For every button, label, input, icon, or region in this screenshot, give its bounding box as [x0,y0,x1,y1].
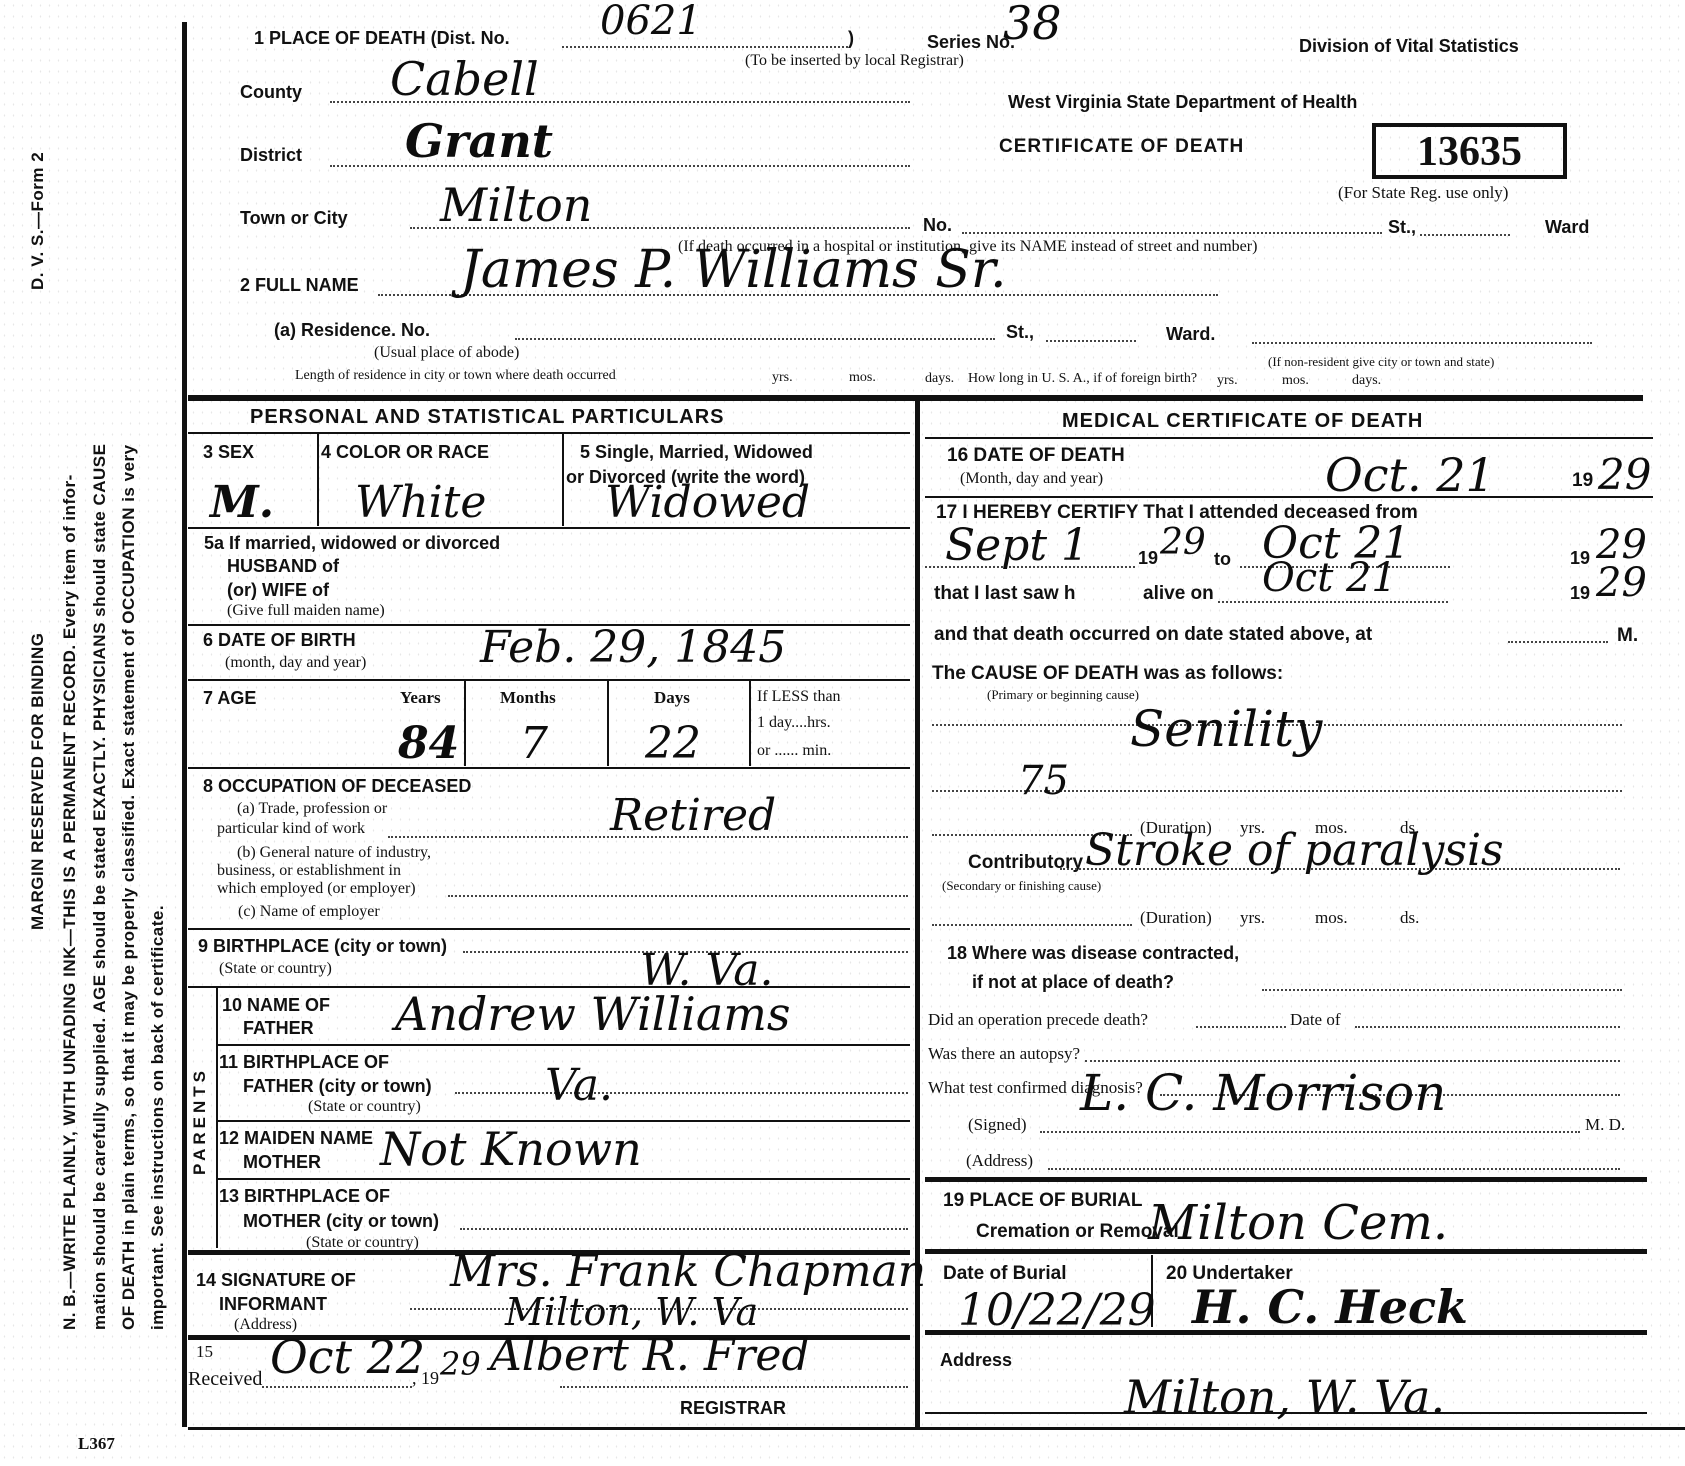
vline [749,681,751,766]
dist-no: 0621 [600,0,702,44]
informant-sublabel: INFORMANT [219,1294,327,1315]
less-min-label: or ...... min. [757,742,831,760]
rule [925,1330,1647,1335]
maiden-note: (Give full maiden name) [227,602,385,620]
husband-label: HUSBAND of [227,556,339,577]
certificate-title: CERTIFICATE OF DEATH [999,136,1244,158]
attended-from: Sept 1 [945,520,1089,571]
rule [925,1177,1647,1182]
duration2-label: (Duration) [1140,908,1212,928]
cert-note: (For State Reg. use only) [1338,183,1508,203]
marital-value: Widowed [605,477,810,528]
street-st-label: St., [1388,217,1416,238]
last-saw-label: that I last saw h [934,583,1075,605]
bottom-border [188,1427,1685,1430]
burial-date: 10/22/29 [958,1285,1156,1336]
father-sublabel: FATHER [243,1018,314,1039]
personal-title: PERSONAL AND STATISTICAL PARTICULARS [250,406,725,429]
dist-close: ) [848,28,854,49]
father-value: Andrew Williams [395,987,790,1041]
operation-date-label: Date of [1290,1010,1341,1030]
dod-sublabel: (Month, day and year) [960,470,1103,488]
undertaker-address: Milton, W. Va. [1124,1370,1445,1424]
rule [188,928,910,930]
physician-address-label: (Address) [966,1151,1033,1171]
received-label: Received [188,1368,262,1391]
burial-label: 19 PLACE OF BURIAL [943,1190,1143,1212]
alive-on-label: alive on [1143,583,1214,605]
last-saw-year-prefix: 19 [1570,583,1590,604]
birthplace-sublabel: (State or country) [219,960,332,978]
vline [562,434,564,526]
dob-sublabel: (month, day and year) [225,654,366,672]
received-date: Oct 22 [270,1330,425,1384]
residence-ward-label: Ward. [1166,324,1215,345]
vline [464,681,466,766]
cert-number: 13635 [1376,127,1563,177]
registrar-label: REGISTRAR [680,1398,786,1419]
cause-label: The CAUSE OF DEATH was as follows: [932,663,1283,685]
occ-a-sublabel: particular kind of work [217,820,365,838]
residence-label: (a) Residence. No. [274,320,430,341]
dots-line [448,895,908,897]
vline [607,681,609,766]
binding-note: MARGIN RESERVED FOR BINDING [28,633,48,931]
district-value: Grant [405,114,553,168]
wife-label: (or) WIFE of [227,580,329,601]
street-no-label: No. [923,215,952,236]
rule [925,496,1653,498]
instruction-line-1: N. B.—WRITE PLAINLY, WITH UNFADING INK—T… [60,474,80,1330]
operation-label: Did an operation precede death? [928,1010,1148,1030]
length-residence-label: Length of residence in city or town wher… [295,368,616,384]
occ-b-line3: which employed (or employer) [217,880,416,898]
md-label: M. D. [1585,1115,1625,1135]
dist-note: (To be inserted by local Registrar) [745,52,964,70]
residence-line [515,338,995,340]
mother-sublabel: MOTHER [243,1152,321,1173]
dots-line [455,1092,908,1094]
nonresident-note: (If non-resident give city or town and s… [1268,354,1494,370]
race-label: 4 COLOR OR RACE [321,442,489,463]
father-state-sublabel: (State or country) [308,1098,421,1116]
series-label: Series No. [927,32,1015,53]
disease-contracted-sublabel: if not at place of death? [972,972,1174,993]
mother-label: 12 MAIDEN NAME [219,1128,373,1149]
dots-line [1508,641,1608,643]
rule [925,1412,1647,1414]
place-of-death-label: 1 PLACE OF DEATH (Dist. No. [254,28,510,49]
undertaker-address-label: Address [940,1350,1012,1371]
occ-a-label: (a) Trade, profession or [237,800,387,818]
abode-note: (Usual place of abode) [374,344,519,362]
father-birthplace-value: Va. [545,1060,613,1111]
age-days: 22 [645,718,701,769]
employer-label: (c) Name of employer [238,903,380,921]
occ-b-line2: business, or establishment in [217,862,401,880]
full-name-label: 2 FULL NAME [240,275,359,296]
rule [188,432,910,434]
length-yrs: yrs. [772,370,793,386]
birthplace-label: 9 BIRTHPLACE (city or town) [198,936,447,957]
street-line [962,232,1382,234]
contributory-label: Contributory [968,852,1083,874]
dob-label: 6 DATE OF BIRTH [203,630,356,651]
instruction-line-3: OF DEATH in plain terms, so that it may … [119,444,139,1330]
instruction-line-4: important. See instructions on back of c… [148,905,168,1330]
town-label: Town or City [240,208,348,229]
am-pm-label: M. [1617,625,1638,647]
rule [925,437,1653,439]
death-time-line: and that death occurred on date stated a… [934,624,1372,646]
duration2-yrs: yrs. [1240,908,1265,928]
autopsy-label: Was there an autopsy? [928,1044,1080,1064]
rule [218,1178,910,1180]
rule [188,679,910,681]
spouse-label: 5a If married, widowed or divorced [204,533,500,554]
received-year-prefix: , 19 [412,1368,439,1389]
occupation-label: 8 OCCUPATION OF DECEASED [203,776,471,797]
received-number: 15 [196,1342,213,1362]
father-birthplace-sublabel: FATHER (city or town) [243,1076,432,1097]
dots-line [460,1228,908,1230]
last-saw-year: 29 [1596,560,1647,606]
instruction-line-2: mation should be carefully supplied. AGE… [90,444,110,1331]
burial-place: Milton Cem. [1148,1195,1448,1251]
length-days: days. [925,371,954,387]
less-hrs-label: 1 day....hrs. [757,714,831,732]
usa-days: days. [1352,373,1381,389]
dod-label: 16 DATE OF DEATH [947,445,1125,467]
rule [925,1249,1647,1254]
district-label: District [240,145,302,166]
sex-value: M. [210,477,274,528]
usa-label: How long in U. S. A., if of foreign birt… [968,371,1197,387]
days-label: Days [654,688,690,708]
rule [188,767,910,769]
dod-year-prefix: 19 [1572,470,1593,492]
sex-label: 3 SEX [203,442,254,463]
dots-line [1048,1168,1620,1170]
residence-st-label: St., [1006,322,1034,343]
residence-ward-line [1252,342,1592,344]
mother-birthplace-sublabel: MOTHER (city or town) [243,1211,439,1232]
cause-age: 75 [1018,758,1069,804]
occupation-value: Retired [610,790,776,841]
cause-value: Senility [1130,700,1322,758]
dots-line [1355,1026,1620,1028]
contributory-sublabel: (Secondary or finishing cause) [942,878,1101,894]
mother-value: Not Known [380,1122,642,1176]
dots-line [1085,1060,1620,1062]
less-than-label: If LESS than [757,688,841,706]
town-value: Milton [440,178,592,232]
dots-line [1040,1131,1580,1133]
left-border [182,22,187,1427]
last-saw-value: Oct 21 [1262,555,1397,601]
dots-line [1218,601,1448,603]
medical-title: MEDICAL CERTIFICATE OF DEATH [1062,410,1423,433]
father-birthplace-label: 11 BIRTHPLACE OF [219,1052,389,1073]
dots-line [1262,989,1622,991]
department-label: West Virginia State Department of Health [1008,92,1357,113]
dots-line [1196,1026,1286,1028]
signed-label: (Signed) [968,1115,1027,1135]
occ-b-label: (b) General nature of industry, [237,844,431,862]
residence-st-line [1046,340,1136,342]
duration2-mos: mos. [1315,908,1348,928]
registrar-signature: Albert R. Fred [490,1330,810,1381]
form-id: D. V. S.—Form 2 [28,152,48,290]
usa-mos: mos. [1282,373,1309,389]
vline [317,434,319,526]
print-code: L367 [78,1434,115,1454]
father-label: 10 NAME OF [222,995,330,1016]
division-label: Division of Vital Statistics [1299,36,1519,57]
dots-line [560,1386,908,1388]
cert-number-box: 13635 [1372,123,1567,179]
from-year-prefix: 19 [1138,548,1158,569]
age-label: 7 AGE [203,688,256,709]
series-no: 38 [1003,0,1062,50]
length-mos: mos. [849,370,876,386]
from-year: 29 [1160,522,1206,563]
dots-line [932,924,1132,926]
rule [188,527,910,529]
disease-contracted-label: 18 Where was disease contracted, [947,943,1239,964]
dist-no-line [562,46,848,48]
dod-year: 29 [1598,450,1651,499]
ward-label: Ward [1545,217,1589,238]
age-years: 84 [398,718,459,769]
to-label: to [1214,549,1231,570]
to-year-prefix: 19 [1570,548,1590,569]
contributory-value: Stroke of paralysis [1085,825,1504,876]
primary-cause-sublabel: (Primary or beginning cause) [987,687,1139,703]
years-label: Years [400,688,441,708]
county-value: Cabell [390,52,539,106]
duration2-ds: ds. [1400,908,1419,928]
received-year: 29 [440,1345,481,1383]
ward-line [1420,234,1510,236]
informant-label: 14 SIGNATURE OF [196,1270,356,1291]
parents-label: PARENTS [190,1067,210,1175]
undertaker-name: H. C. Heck [1192,1280,1468,1334]
burial-date-label: Date of Burial [943,1263,1067,1285]
age-months: 7 [520,718,548,769]
dob-value: Feb. 29, 1845 [480,622,786,673]
physician-signature: L. C. Morrison [1080,1064,1446,1122]
vline [216,988,218,1248]
dots-line [262,1386,412,1388]
informant-address: Milton, W. Va [505,1290,758,1334]
rule [218,1044,910,1046]
marital-label: 5 Single, Married, Widowed [580,442,813,463]
months-label: Months [500,688,556,708]
dod-value: Oct. 21 [1325,448,1495,502]
usa-yrs: yrs. [1217,373,1238,389]
mother-birthplace-label: 13 BIRTHPLACE OF [219,1186,390,1207]
county-label: County [240,82,302,103]
full-name-value: James P. Williams Sr. [460,240,1007,300]
race-value: White [355,477,486,528]
